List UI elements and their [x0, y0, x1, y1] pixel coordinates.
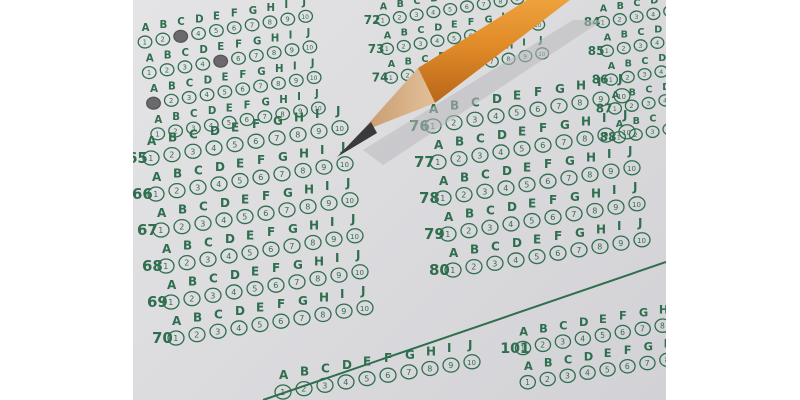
pencil [133, 0, 666, 400]
answer-sheet-photo: A1B2CD4E5F6G7H8I9J10A1B2C3D4EF6G7H8I9J10… [133, 0, 666, 400]
